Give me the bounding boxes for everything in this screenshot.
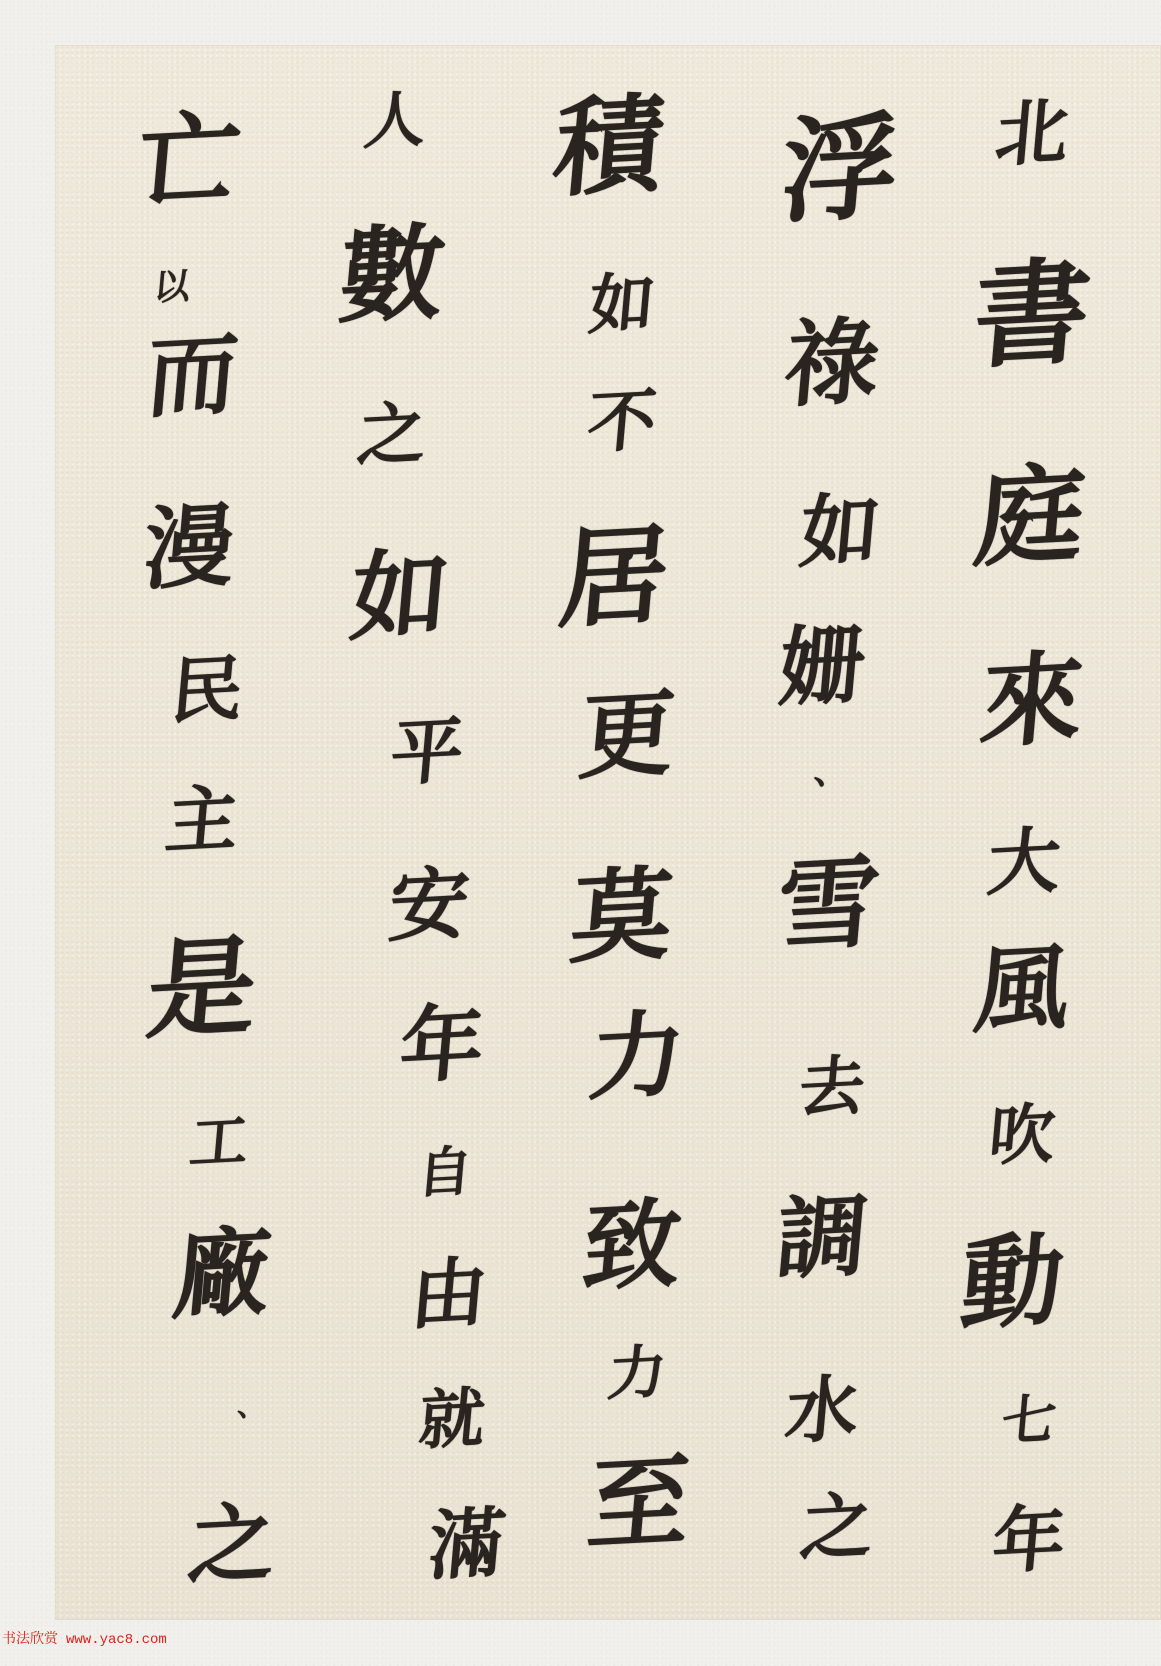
calligraphy-character: 水 — [783, 1372, 858, 1447]
calligraphy-character: 積 — [550, 90, 664, 203]
calligraphy-character: 不 — [585, 386, 655, 457]
calligraphy-character: 力 — [605, 1343, 664, 1404]
calligraphy-character: 致 — [579, 1195, 681, 1297]
calligraphy-character: 如 — [347, 545, 449, 647]
calligraphy-character: 至 — [584, 1450, 690, 1556]
calligraphy-character: 莫 — [567, 863, 673, 969]
calligraphy-character: 之 — [355, 399, 425, 470]
calligraphy-character: 七 — [999, 1392, 1054, 1449]
calligraphy-character: 主 — [163, 782, 238, 857]
calligraphy-character: 來 — [977, 647, 1083, 753]
watermark: 书法欣赏www.yac8.com — [2, 1631, 167, 1648]
calligraphy-character: 庭 — [971, 460, 1085, 573]
calligraphy-character: 動 — [957, 1229, 1063, 1335]
calligraphy-character: 是 — [143, 932, 257, 1045]
calligraphy-character: 風 — [971, 941, 1070, 1040]
calligraphy-character: 去 — [796, 1054, 863, 1122]
calligraphy-character: 力 — [586, 1008, 685, 1107]
calligraphy-character: 工 — [187, 1112, 246, 1173]
calligraphy-character: 之 — [798, 1489, 873, 1564]
calligraphy-character: 平 — [388, 714, 463, 789]
artwork-mount: 北書庭來大風吹動七年浮祿如姗、雪去調水之積如不居更莫力致力至人數之如平安年自由就… — [0, 0, 1161, 1666]
calligraphy-character: 年 — [397, 1001, 484, 1088]
calligraphy-character: 居 — [555, 521, 669, 634]
calligraphy-character: 之 — [185, 1500, 275, 1590]
calligraphy-character: 數 — [335, 220, 445, 329]
calligraphy-character: 人 — [362, 89, 425, 153]
calligraphy-character: 而 — [143, 329, 237, 423]
calligraphy-character: 大 — [985, 824, 1060, 899]
calligraphy-character: 更 — [576, 687, 675, 786]
calligraphy-character: 由 — [407, 1254, 486, 1334]
calligraphy-character: 祿 — [781, 315, 880, 414]
calligraphy-character: 廠 — [169, 1223, 271, 1325]
calligraphy-character: 如 — [797, 490, 879, 573]
calligraphy-character: 以 — [152, 268, 187, 306]
calligraphy-character: 吹 — [986, 1102, 1053, 1170]
calligraphy-character: 安 — [386, 864, 468, 947]
calligraphy-character: 亡 — [134, 107, 240, 213]
calligraphy-character: 滿 — [425, 1505, 504, 1585]
calligraphy-character: 調 — [773, 1191, 867, 1285]
calligraphy-character: 年 — [990, 1502, 1065, 1577]
calligraphy-character: 姗 — [775, 622, 865, 712]
calligraphy-character: 浮 — [777, 110, 899, 231]
calligraphy-character: 自 — [415, 1144, 470, 1201]
calligraphy-character: 書 — [969, 255, 1091, 376]
calligraphy-character: 如 — [586, 271, 653, 339]
calligraphy-character: 就 — [416, 1386, 483, 1454]
calligraphy-character: 北 — [993, 95, 1068, 170]
calligraphy-character: 、 — [812, 752, 847, 790]
calligraphy-character: 雪 — [773, 851, 879, 957]
calligraphy-character: 民 — [168, 652, 243, 727]
calligraphy-character: 漫 — [140, 501, 234, 595]
watermark-url: www.yac8.com — [66, 1632, 167, 1648]
calligraphy-character: 、 — [236, 1391, 264, 1421]
watermark-site-name: 书法欣赏 — [2, 1631, 58, 1647]
